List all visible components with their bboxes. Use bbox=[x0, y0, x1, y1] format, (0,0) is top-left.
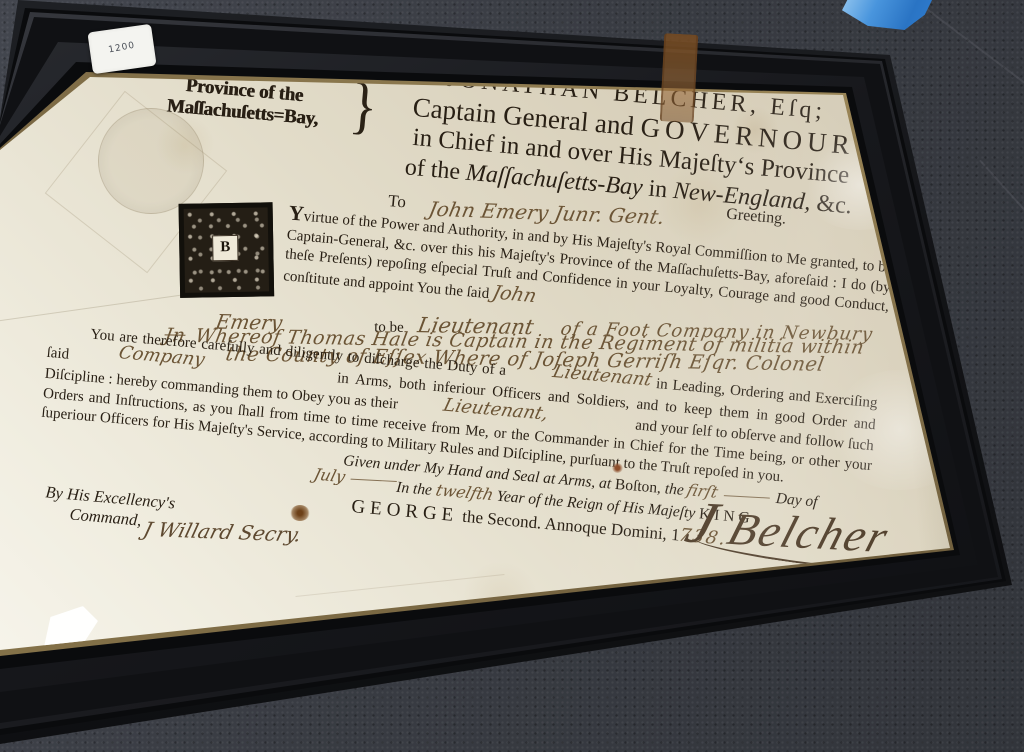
blank-space bbox=[210, 371, 330, 381]
secretary-signature: J Willard Secry. bbox=[141, 517, 304, 546]
to-label: To bbox=[387, 191, 406, 211]
ink-dash bbox=[350, 479, 396, 482]
handwritten-john: John bbox=[491, 283, 539, 306]
month-text: July bbox=[312, 465, 347, 486]
carpet-seam bbox=[979, 160, 1024, 273]
title-line4-c: in bbox=[642, 175, 675, 204]
title-line4-e: &c. bbox=[810, 190, 853, 220]
greeting-label: Greeting. bbox=[726, 206, 787, 229]
title-line4-a: of the bbox=[404, 154, 467, 185]
the-second-text: the Second. bbox=[462, 507, 543, 533]
tape-residue bbox=[660, 33, 699, 123]
handwritten-year-word: twelfth bbox=[433, 479, 495, 505]
boston-text: Boſton, bbox=[614, 476, 661, 497]
ornate-initial-block: B bbox=[179, 202, 275, 298]
blue-tape bbox=[842, 0, 934, 30]
blank-space bbox=[551, 422, 631, 429]
ink-stain bbox=[290, 505, 310, 521]
ink-stain bbox=[612, 463, 623, 473]
the-text: the bbox=[664, 480, 684, 499]
initial-letter: B bbox=[212, 235, 238, 261]
price-sticker: 1200 bbox=[87, 24, 156, 74]
photo-scene: Province of the Maſſachuſetts=Bay, } JON… bbox=[0, 0, 1024, 752]
sticker-label: 1200 bbox=[89, 37, 154, 59]
carpet-seam bbox=[901, 0, 1024, 129]
